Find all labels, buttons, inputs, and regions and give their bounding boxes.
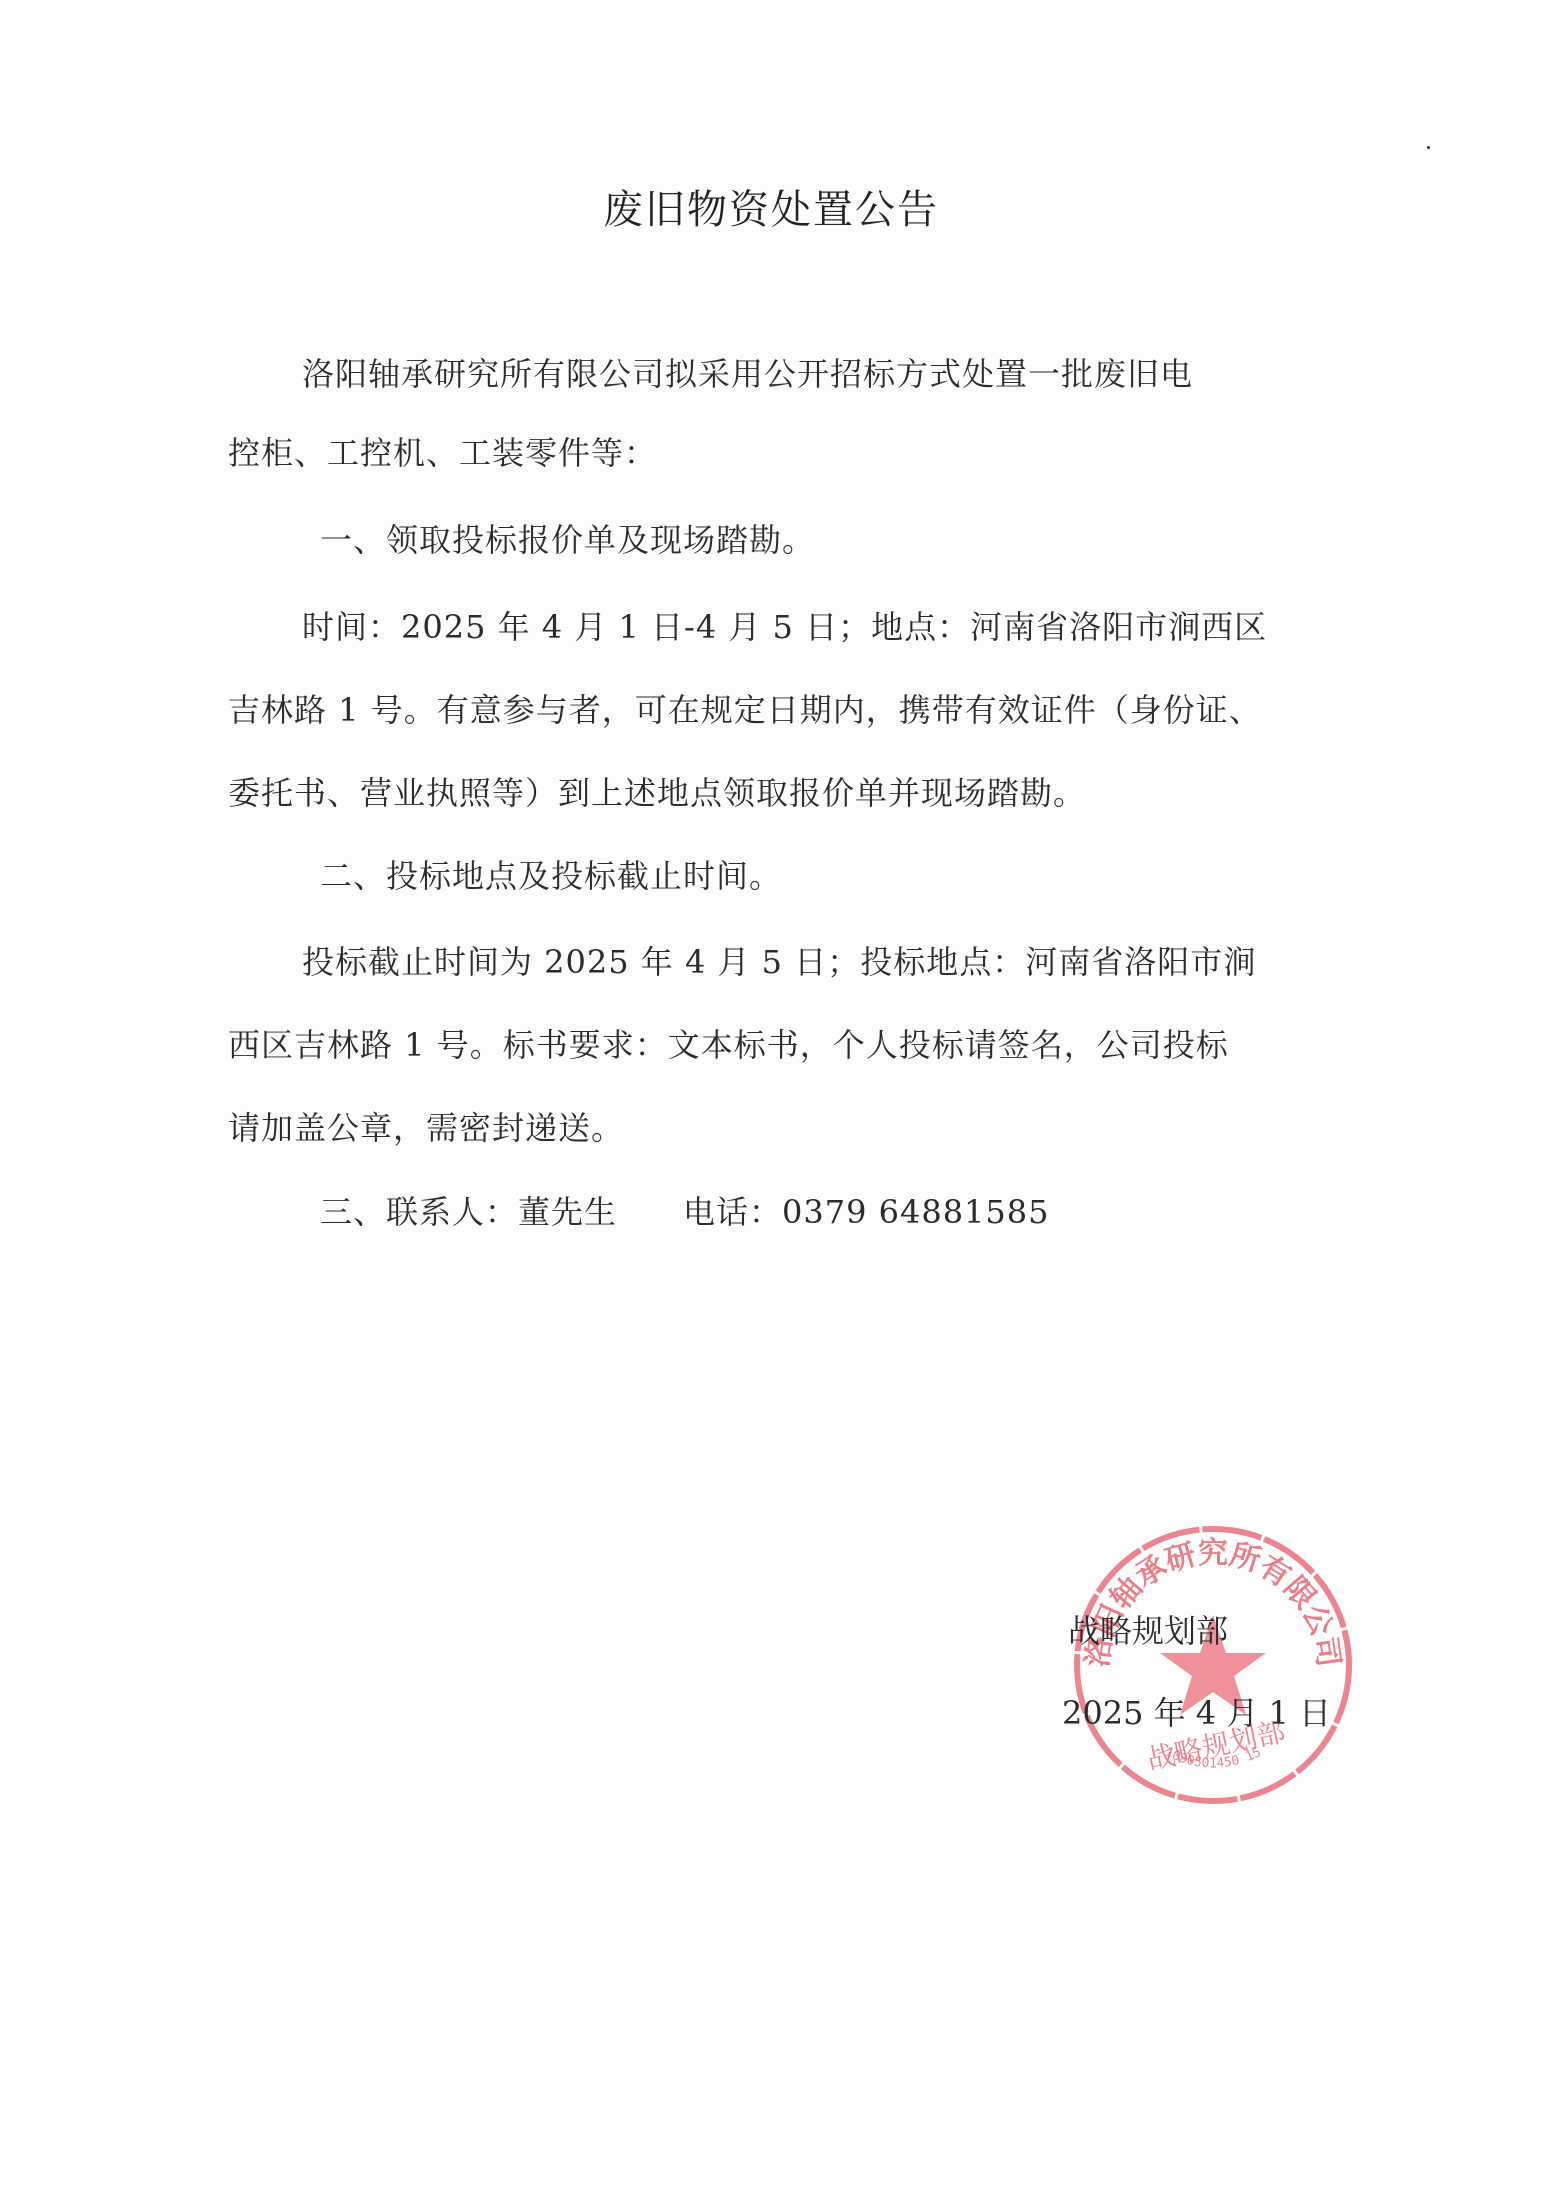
paragraph-line: 控柜、工控机、工装零件等：: [228, 433, 657, 473]
section-heading-1: 一、领取投标报价单及现场踏勘。: [320, 520, 815, 560]
paragraph-line: 吉林路 1 号。有意参与者，可在规定日期内，携带有效证件（身份证、: [228, 690, 1262, 730]
paragraph-line: 委托书、营业执照等）到上述地点领取报价单并现场踏勘。: [228, 773, 1086, 813]
paragraph-line: 西区吉林路 1 号。标书要求：文本标书，个人投标请签名，公司投标: [228, 1025, 1229, 1065]
signature-date: 2025 年 4 月 1 日: [1062, 1688, 1331, 1734]
company-seal-stamp: 洛阳轴承研究所有限公司 战略规划部 1030501450 15: [1068, 1520, 1358, 1810]
paragraph-line: 时间：2025 年 4 月 1 日-4 月 5 日；地点：河南省洛阳市涧西区: [302, 607, 1267, 647]
paragraph-line: 投标截止时间为 2025 年 4 月 5 日；投标地点：河南省洛阳市涧: [302, 942, 1256, 982]
scan-speck: [1427, 146, 1430, 149]
section-heading-2: 二、投标地点及投标截止时间。: [320, 856, 782, 896]
paragraph-line: 请加盖公章，需密封递送。: [228, 1108, 624, 1148]
document-page: 废旧物资处置公告 洛阳轴承研究所有限公司拟采用公开招标方式处置一批废旧电 控柜、…: [0, 0, 1542, 2198]
contact-line: 三、联系人：董先生 电话：0379 64881585: [320, 1192, 1050, 1232]
paragraph-line: 洛阳轴承研究所有限公司拟采用公开招标方式处置一批废旧电: [302, 354, 1193, 394]
document-title: 废旧物资处置公告: [0, 178, 1542, 235]
signature-department: 战略规划部: [1068, 1606, 1228, 1652]
